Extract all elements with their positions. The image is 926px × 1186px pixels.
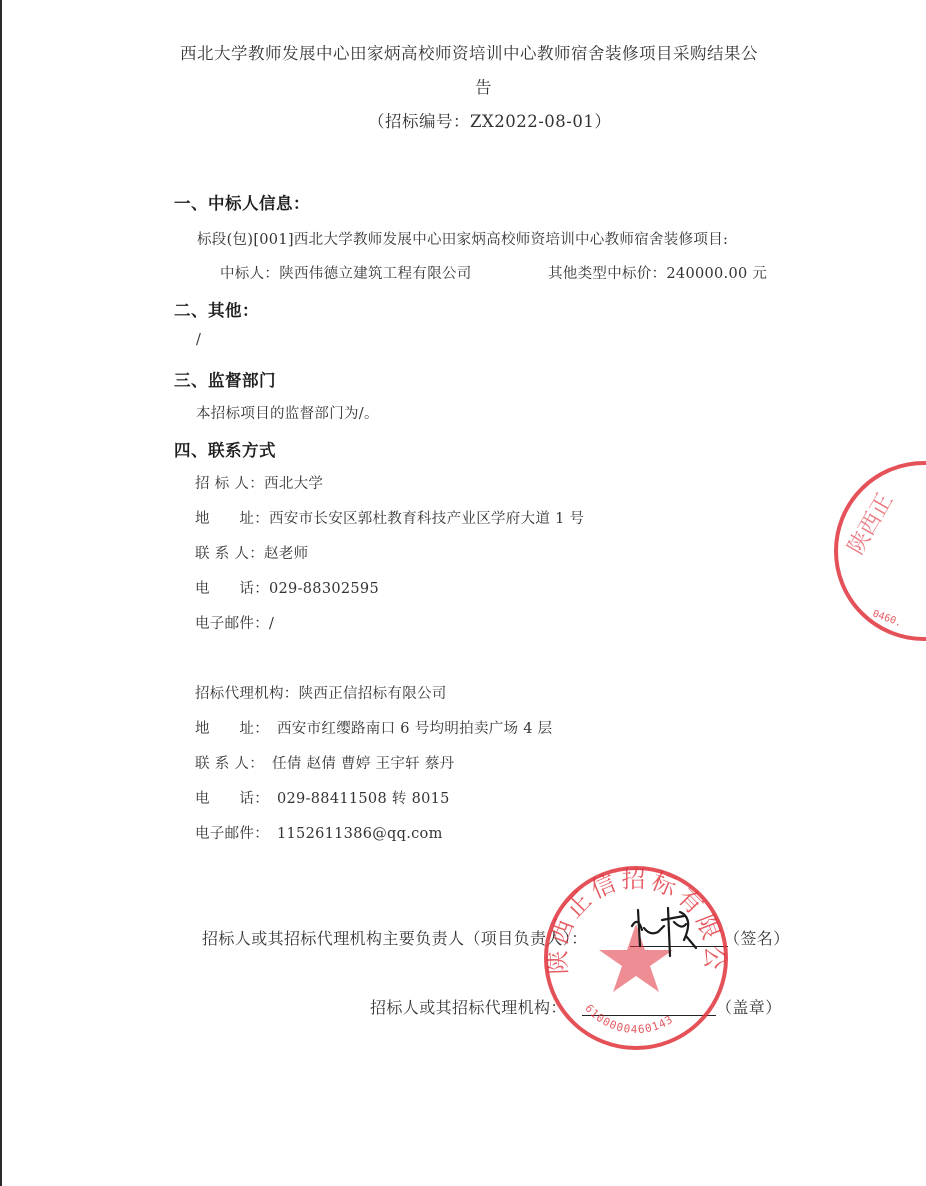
tender-number: （招标编号：ZX2022-08-01） bbox=[368, 108, 611, 132]
section4-heading: 四、联系方式 bbox=[174, 437, 276, 461]
tenderer-contact-value: 赵老师 bbox=[264, 546, 308, 562]
agency-seal-suffix: （盖章） bbox=[716, 995, 782, 1018]
tenderer-phone-value: 029-88302595 bbox=[269, 581, 379, 597]
tenderer-address-value: 西安市长安区郭杜教育科技产业区学府大道 1 号 bbox=[269, 511, 584, 527]
tenderer-address-row: 地 址：西安市长安区郭杜教育科技产业区学府大道 1 号 bbox=[195, 507, 584, 528]
section3-heading: 三、监督部门 bbox=[174, 367, 276, 391]
partial-seal-icon: 陕西正 0460. bbox=[828, 456, 926, 646]
agency-phone-value: 029-88411508 转 8015 bbox=[277, 791, 450, 807]
lot-line: 标段(包)[001]西北大学教师发展中心田家炳高校师资培训中心教师宿舍装修项目: bbox=[197, 228, 728, 249]
agency-email-label: 电子邮件： bbox=[195, 826, 269, 842]
agency-address-label: 地 址： bbox=[195, 721, 269, 737]
agency-name-value: 陕西正信招标有限公司 bbox=[299, 686, 447, 702]
svg-text:陕西正信招标有限公司: 陕西正信招标有限公司 bbox=[540, 862, 728, 975]
agency-seal-line bbox=[582, 1015, 716, 1016]
svg-text:6100000460143: 6100000460143 bbox=[582, 1002, 675, 1036]
price-label: 其他类型中标价： bbox=[548, 266, 666, 282]
company-seal-icon: 陕西正信招标有限公司 6100000460143 bbox=[540, 862, 732, 1054]
document-page: 西北大学教师发展中心田家炳高校师资培训中心教师宿舍装修项目采购结果公 告 （招标… bbox=[0, 0, 926, 1186]
tenderer-email-value: / bbox=[269, 616, 274, 632]
agency-phone-row: 电 话：029-88411508 转 8015 bbox=[195, 787, 450, 808]
section2-content: / bbox=[196, 332, 201, 348]
document-title-line2: 告 bbox=[475, 74, 492, 98]
agency-phone-label: 电 话： bbox=[195, 791, 269, 807]
price-row: 其他类型中标价：240000.00 元 bbox=[548, 262, 767, 283]
tenderer-name-value: 西北大学 bbox=[264, 476, 323, 492]
agency-address-value: 西安市红缨路南口 6 号均明拍卖广场 4 层 bbox=[277, 721, 553, 737]
agency-name-row: 招标代理机构：陕西正信招标有限公司 bbox=[195, 682, 447, 703]
agency-address-row: 地 址：西安市红缨路南口 6 号均明拍卖广场 4 层 bbox=[195, 717, 553, 738]
tenderer-contact-row: 联 系 人：赵老师 bbox=[195, 542, 308, 563]
agency-email-value: 1152611386@qq.com bbox=[277, 826, 443, 842]
tenderer-contact-label: 联 系 人： bbox=[195, 546, 264, 562]
tenderer-email-label: 电子邮件： bbox=[195, 616, 269, 632]
agency-contact-row: 联 系 人：任倩 赵倩 曹婷 王宇轩 蔡丹 bbox=[195, 752, 454, 773]
tenderer-phone-row: 电 话：029-88302595 bbox=[195, 577, 379, 598]
winner-value: 陕西伟德立建筑工程有限公司 bbox=[279, 266, 471, 282]
section2-heading: 二、其他： bbox=[174, 297, 259, 321]
tenderer-email-row: 电子邮件：/ bbox=[195, 612, 274, 633]
svg-text:陕西正: 陕西正 bbox=[844, 489, 899, 559]
section3-content: 本招标项目的监督部门为/。 bbox=[196, 402, 379, 423]
handwritten-signature-icon bbox=[624, 896, 712, 964]
tenderer-phone-label: 电 话： bbox=[195, 581, 269, 597]
agency-name-label: 招标代理机构： bbox=[195, 686, 299, 702]
document-title-line1: 西北大学教师发展中心田家炳高校师资培训中心教师宿舍装修项目采购结果公 bbox=[180, 40, 758, 64]
tenderer-name-label: 招 标 人： bbox=[195, 476, 264, 492]
section1-heading: 一、中标人信息： bbox=[174, 190, 310, 214]
winner-row: 中标人：陕西伟德立建筑工程有限公司 bbox=[220, 262, 472, 283]
tenderer-name-row: 招 标 人：西北大学 bbox=[195, 472, 323, 493]
winner-label: 中标人： bbox=[220, 266, 279, 282]
tenderer-address-label: 地 址： bbox=[195, 511, 269, 527]
principal-signature-suffix: （签名） bbox=[724, 926, 790, 949]
agency-email-row: 电子邮件：1152611386@qq.com bbox=[195, 822, 443, 843]
principal-signature-line bbox=[630, 946, 728, 947]
price-value: 240000.00 元 bbox=[666, 266, 767, 282]
svg-text:0460.: 0460. bbox=[871, 608, 903, 629]
agency-seal-label: 招标人或其招标代理机构： bbox=[370, 995, 567, 1018]
principal-signature-label: 招标人或其招标代理机构主要负责人（项目负责人）： bbox=[202, 926, 588, 949]
agency-contact-label: 联 系 人： bbox=[195, 756, 264, 772]
agency-contact-value: 任倩 赵倩 曹婷 王宇轩 蔡丹 bbox=[272, 756, 454, 772]
